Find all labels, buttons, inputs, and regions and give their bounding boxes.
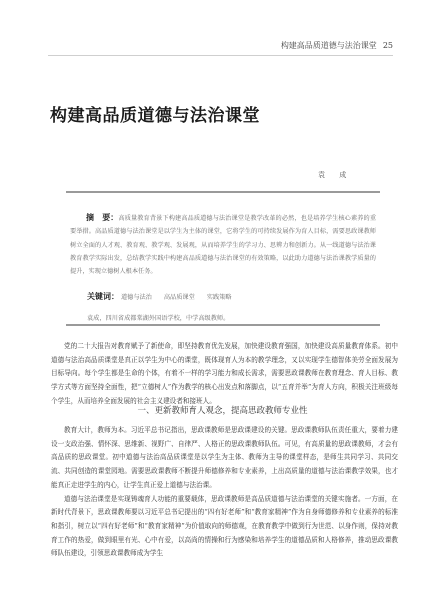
keywords-label: 关键词： [87,292,119,301]
keyword: 道德与法治 [121,294,152,301]
abstract-label: 摘 要： [86,213,118,222]
running-head: 构建高品质道德与法治课堂25 [48,40,393,56]
keywords-block: 关键词： 道德与法治 高品质课堂 实践策略 [87,291,242,302]
body-paragraph: 教育大计，教师为本。习近平总书记指出，思政课教师是思政课建设的关键。思政课教师队… [51,424,398,493]
abstract-bottom-rule [66,324,380,326]
intro-paragraph: 党的二十大报告对教育赋予了新使命，即坚持教育优先发展，加快建设教育强国，加快建设… [51,340,398,409]
keyword: 实践策略 [207,294,232,301]
article-title: 构建高品质道德与法治课堂 [50,101,260,126]
abstract-top-rule [66,191,380,193]
intro-section: 党的二十大报告对教育赋予了新使命，即坚持教育优先发展，加快建设教育强国，加快建设… [51,340,398,409]
abstract-block: 摘 要：高质量教育背景下构建高品质道德与法治课堂是教学改革的必然，也是培养学生核… [70,211,376,278]
author-name: 袁 成 [318,170,352,180]
author-affiliation: 袁成，四川省成都棠湖外国语学校，中学高级教师。 [87,313,229,322]
keyword: 高品质课堂 [164,294,195,301]
body-paragraph: 道德与法治课堂是实现铸魂育人功能的重要载体，思政课教师是高品质道德与法治课堂的关… [51,493,398,562]
running-head-title: 构建高品质道德与法治课堂 [281,41,377,50]
section-heading: 一、更新教师育人观念，提高思政教师专业性 [0,404,445,416]
page-number: 25 [383,41,393,50]
section-body: 教育大计，教师为本。习近平总书记指出，思政课教师是思政课建设的关键。思政课教师队… [51,424,398,561]
abstract-text: 高质量教育背景下构建高品质道德与法治课堂是教学改革的必然，也是培养学生核心素养的… [70,215,376,275]
